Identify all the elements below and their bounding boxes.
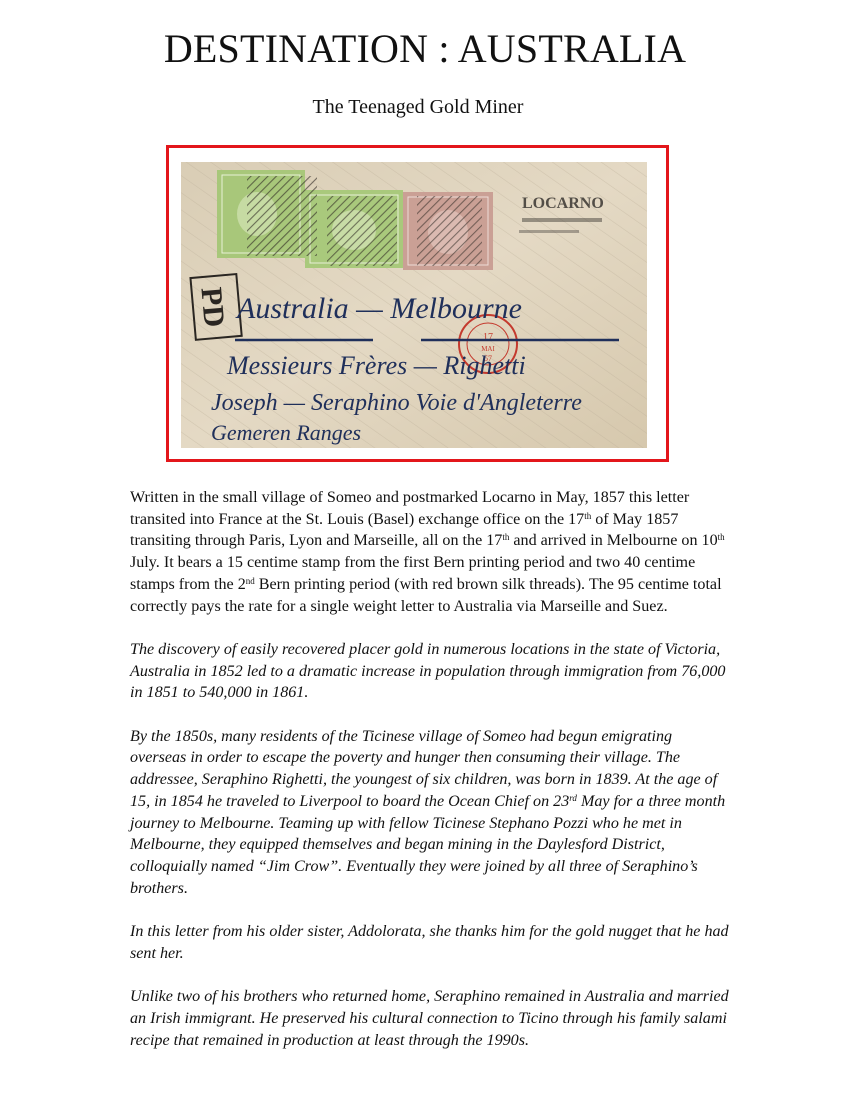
ordinal-suffix: th <box>584 511 591 521</box>
svg-text:Australia — Melbourne: Australia — Melbourne <box>235 292 522 325</box>
ordinal-suffix: rd <box>569 793 577 803</box>
paragraph-legacy: Unlike two of his brothers who returned … <box>130 986 730 1051</box>
paragraph-emigration: By the 1850s, many residents of the Tici… <box>130 726 730 900</box>
page-title: DESTINATION : AUSTRALIA <box>0 26 850 72</box>
grid-cancel <box>247 176 317 256</box>
svg-text:LOCARNO: LOCARNO <box>522 195 604 212</box>
page-subtitle: The Teenaged Gold Miner <box>0 94 836 120</box>
svg-text:PD: PD <box>194 286 230 329</box>
svg-text:Joseph — Seraphino Voie d'Angl: Joseph — Seraphino Voie d'Angleterre <box>211 390 582 416</box>
ordinal-suffix: th <box>718 532 725 542</box>
svg-text:Messieurs Frères — Righetti: Messieurs Frères — Righetti <box>226 351 526 380</box>
paragraph-gold-rush: The discovery of easily recovered placer… <box>130 639 730 704</box>
paragraph-letter-content: In this letter from his older sister, Ad… <box>130 921 730 964</box>
ordinal-suffix: th <box>502 532 509 542</box>
svg-text:17: 17 <box>483 332 493 343</box>
paragraph-postal-history: Written in the small village of Someo an… <box>130 487 730 617</box>
article-body: Written in the small village of Someo an… <box>130 487 730 1073</box>
postal-cover-image: PD LOCARNO 17 MAI 57 Australia — Melbour… <box>177 156 655 453</box>
ordinal-suffix: nd <box>246 576 255 586</box>
cover-image-frame: PD LOCARNO 17 MAI 57 Australia — Melbour… <box>166 145 669 462</box>
svg-text:Gemeren Ranges: Gemeren Ranges <box>211 420 361 445</box>
